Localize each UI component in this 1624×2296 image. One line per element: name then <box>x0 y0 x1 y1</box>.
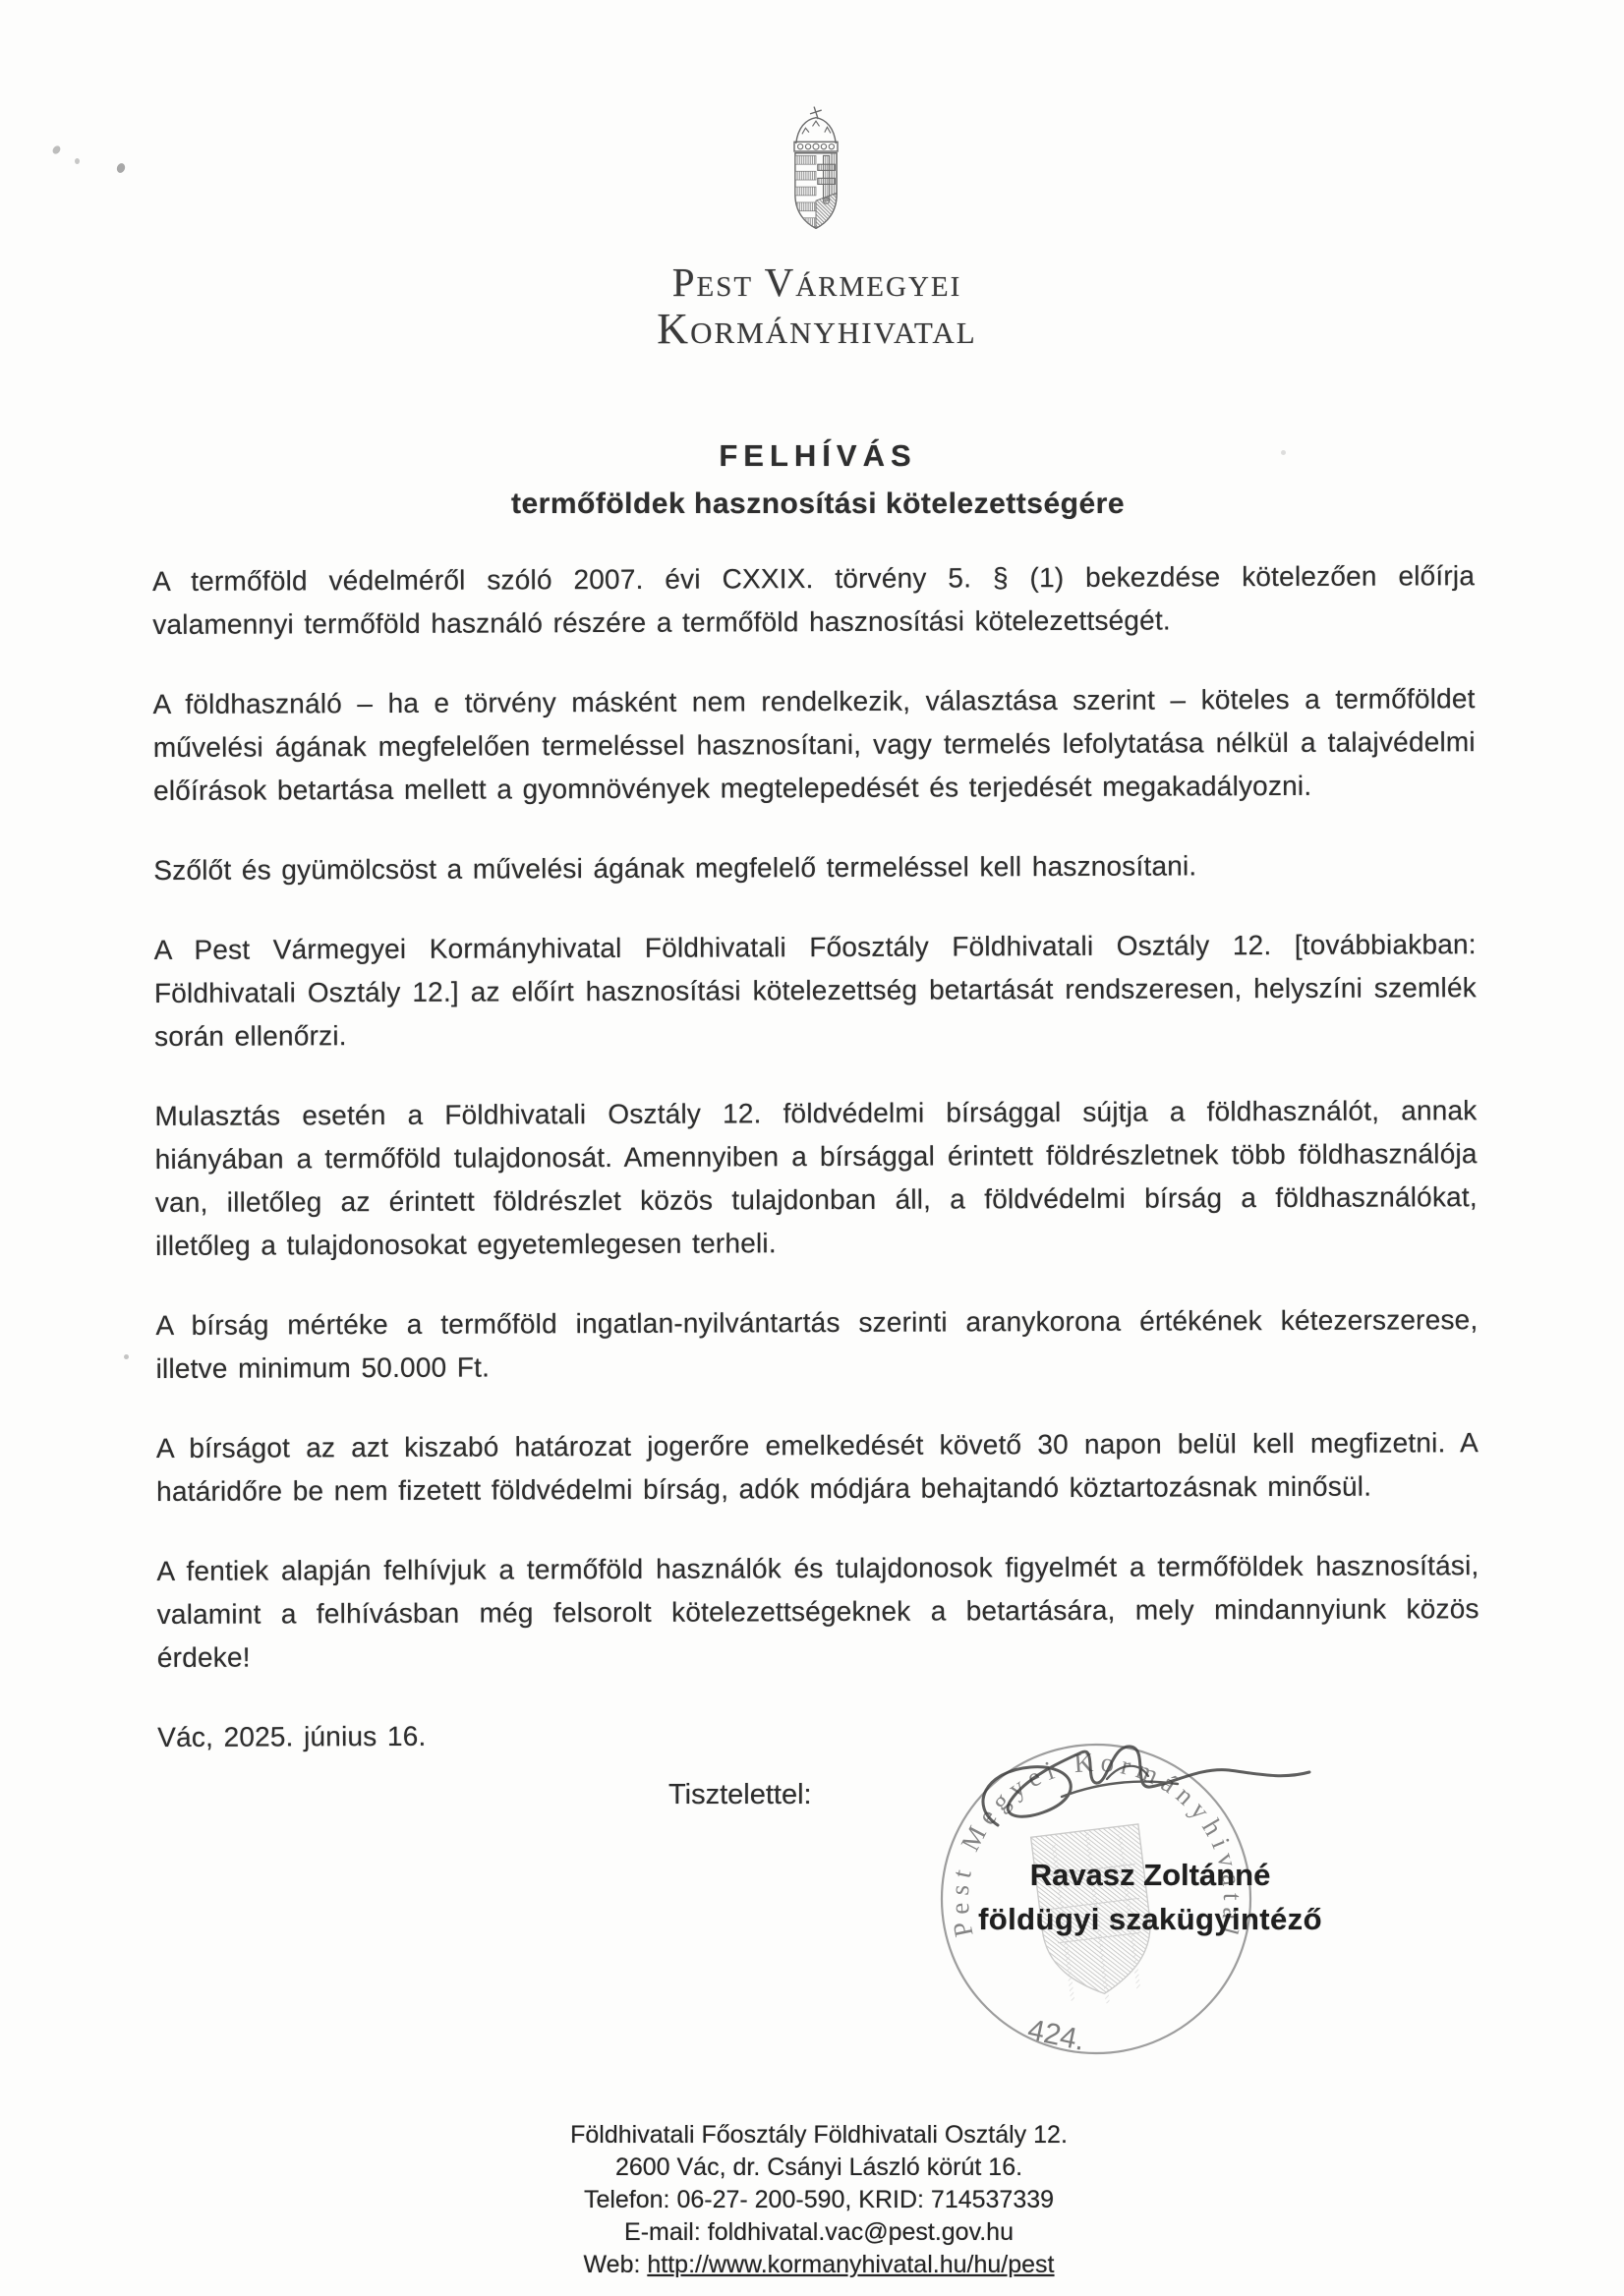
paragraph-7: A bírságot az azt kiszabó határozat joge… <box>156 1421 1479 1514</box>
notice-subtitle: termőföldek hasznosítási kötelezettségér… <box>12 488 1624 521</box>
footer-web-url: http://www.kormanyhivatal.hu/hu/pest <box>647 2251 1054 2278</box>
paragraph-8: A fentiek alapján felhívjuk a termőföld … <box>156 1544 1479 1680</box>
paragraph-6: A bírság mértéke a termőföld ingatlan-ny… <box>155 1298 1478 1391</box>
paragraph-5: Mulasztás esetén a Földhivatali Osztály … <box>154 1089 1478 1268</box>
scan-artifact <box>124 1354 129 1359</box>
paragraph-4: A Pest Vármegyei Kormányhivatal Földhiva… <box>154 923 1478 1059</box>
paragraph-2: A földhasználó – ha e törvény másként ne… <box>153 677 1477 813</box>
notice-title-block: FELHÍVÁS termőföldek hasznosítási kötele… <box>0 438 1624 521</box>
letterhead-org-name: Pest Vármegyei Kormányhivatal <box>0 259 1624 354</box>
letter-body: A termőföld védelméről szóló 2007. évi C… <box>152 554 1479 1796</box>
footer-address: 2600 Vác, dr. Csányi László körút 16. <box>14 2152 1624 2184</box>
closing-salutation: Tisztelettel: <box>668 1779 812 1811</box>
footer-department: Földhivatali Főosztály Földhivatali Oszt… <box>14 2119 1624 2152</box>
footer-email-line: E-mail: foldhivatal.vac@pest.gov.hu <box>14 2216 1624 2249</box>
stamp-number: 424. <box>1025 2014 1088 2057</box>
signer-title: földügyi szakügyintéző <box>934 1902 1366 1937</box>
paragraph-3: Szőlőt és gyümölcsöst a művelési ágának … <box>153 843 1476 892</box>
footer-email: foldhivatal.vac@pest.gov.hu <box>708 2218 1014 2246</box>
hungarian-coat-of-arms-icon <box>773 91 859 259</box>
scan-artifact <box>51 144 62 155</box>
org-name-line2: Kormányhivatal <box>10 305 1624 354</box>
paragraph-1: A termőföld védelméről szóló 2007. évi C… <box>152 554 1475 647</box>
footer-web-label: Web: <box>584 2251 641 2278</box>
footer-email-label: E-mail: <box>624 2218 701 2246</box>
scan-artifact <box>116 162 127 174</box>
signature-area: Pest Megyei Kormányhivatal 424. Ravasz Z… <box>914 1722 1386 2115</box>
footer-contact-block: Földhivatali Főosztály Földhivatali Oszt… <box>0 2119 1624 2281</box>
notice-title: FELHÍVÁS <box>12 438 1624 474</box>
scanned-letter-page: Pest Vármegyei Kormányhivatal FELHÍVÁS t… <box>0 0 1624 2296</box>
scan-artifact <box>75 158 80 164</box>
footer-web-line: Web: http://www.kormanyhivatal.hu/hu/pes… <box>14 2249 1624 2281</box>
signer-name: Ravasz Zoltánné <box>934 1858 1366 1893</box>
footer-phone: Telefon: 06-27- 200-590, KRID: 714537339 <box>14 2184 1624 2216</box>
org-name-line1: Pest Vármegyei <box>10 259 1624 305</box>
